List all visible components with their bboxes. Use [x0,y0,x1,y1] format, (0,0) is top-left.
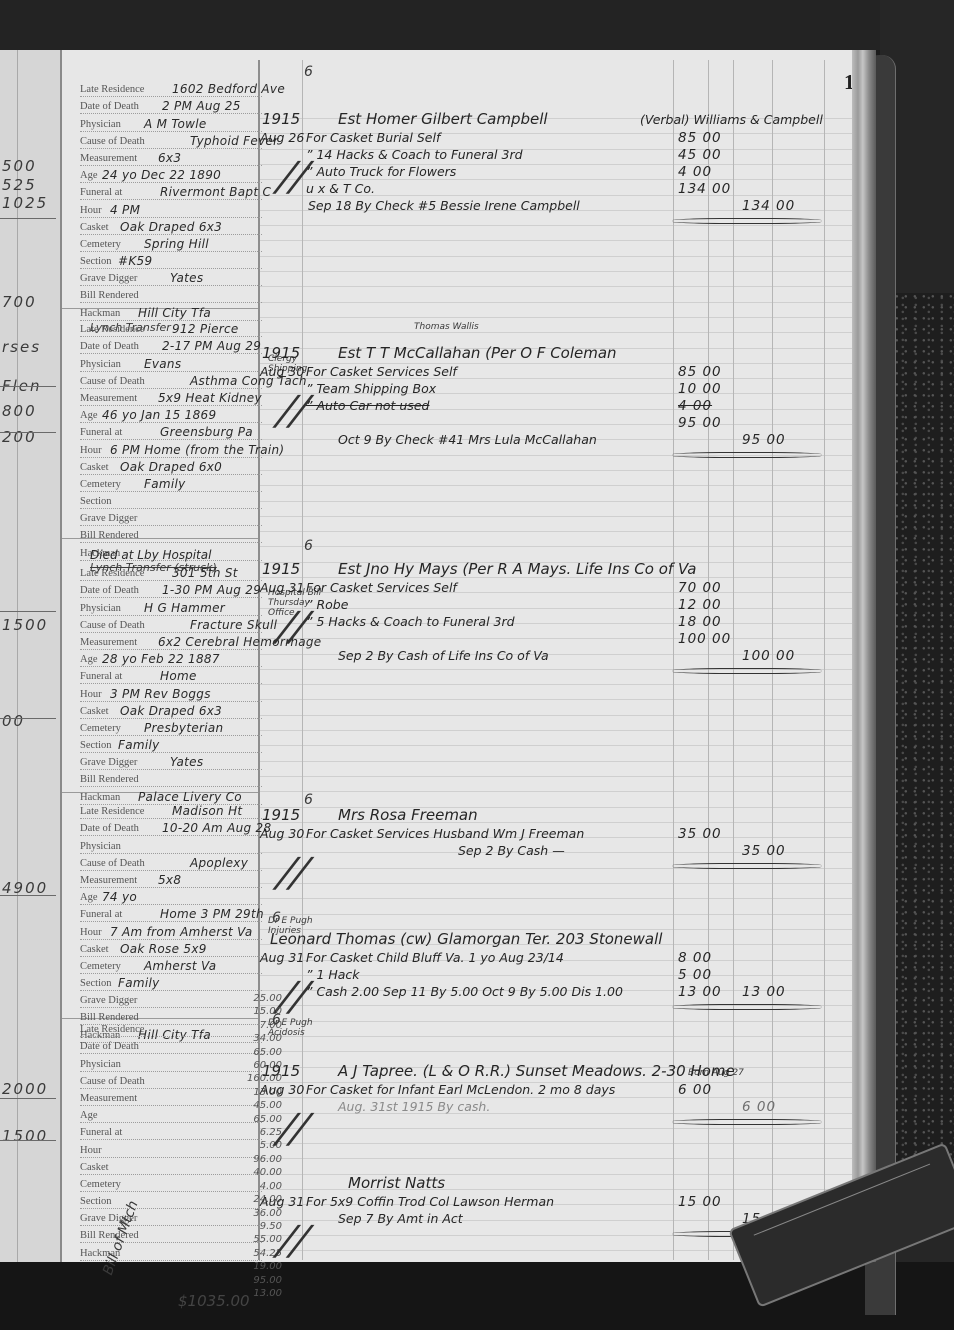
ledger-rule-line [258,776,852,777]
field-value: Presbyterian [144,721,223,735]
ledger-rule-line [258,225,852,226]
record-field-funeral-at: Funeral atHome [80,667,262,684]
line-description: Sep 7 By Amt in Act [338,1211,463,1226]
double-underline [672,1004,822,1010]
field-value: Evans [144,357,181,371]
record-field-casket: CasketOak Rose 5x9 [80,940,262,957]
credit-amount: 13 00 [742,984,786,1000]
ledger-rule-line [258,1143,852,1144]
field-label: Measurement [80,393,137,404]
field-label: Date of Death [80,341,139,352]
field-value: Yates [170,271,203,285]
line-date: Aug 26 [260,130,304,145]
record-field-section: Section#K59 [80,252,262,269]
ledger-rule-line [258,791,852,792]
record-field-measurement: Measurement5x9 Heat Kidney [80,389,262,406]
debit-amount: 134 00 [678,181,731,197]
field-value: 912 Pierce [172,322,239,336]
field-label: Bill Rendered [80,530,139,541]
field-label: Bill Rendered [80,774,139,785]
field-label: Hour [80,205,102,216]
left-page-amount: 700 [2,293,37,311]
line-date: Aug 31 [260,1194,304,1209]
field-label: Measurement [80,875,137,886]
field-label: Cemetery [80,1179,121,1190]
field-label: Bill Rendered [80,290,139,301]
debit-amount: 8 00 [678,950,712,966]
field-value: Family [144,477,186,491]
ledger-rule-line [258,256,852,257]
line-description: For Casket Child Bluff Va. 1 yo Aug 23/1… [306,950,564,965]
field-value: A M Towle [144,117,207,131]
line-description: Aug. 31st 1915 By cash. [338,1099,490,1114]
margin-note: Dr E Pugh Acidosis [268,1018,328,1038]
field-label: Funeral at [80,671,122,682]
ledger-rule-line [258,883,852,884]
field-value: Oak Draped 6x0 [120,460,222,474]
ledger-rule-line [258,501,852,502]
field-label: Measurement [80,1093,137,1104]
field-label: Section [80,740,112,751]
record-field-casket: CasketOak Draped 6x0 [80,458,262,475]
field-value: 1-30 PM Aug 29 [162,583,261,597]
record-field-funeral-at: Funeral atGreensburg Pa [80,423,262,440]
ledger-rule-line [258,332,852,333]
field-label: Late Residence [80,1024,144,1035]
left-page-amount: 500 [2,157,37,175]
record-field-funeral-at: Funeral atRivermont Bapt C [80,183,262,200]
left-page-rule-line [0,386,56,387]
entry-title: Est T T McCallahan (Per O F Coleman [338,344,617,362]
left-page-rule-line [0,718,56,719]
line-description: ” Auto Truck for Flowers [306,164,456,179]
field-value: 10-20 Am Aug 28 [162,821,271,835]
line-date: Aug 30 [260,1082,304,1097]
field-label: Casket [80,1162,109,1173]
line-date: Aug 31 [260,950,304,965]
ledger-rule-line [258,516,852,517]
field-value: Hill City Tfa [138,306,211,320]
ledger-rule-line [258,1021,852,1022]
folio-mark: 6 [304,792,313,808]
line-description: ” Auto Car not used [306,398,429,413]
record-field-late-residence: Late Residence912 Pierce [80,320,262,337]
record-field-bill-rendered: Bill Rendered [80,526,262,543]
record-field-date-of-death: Date of Death2 PM Aug 25 [80,97,262,114]
debit-amount: 13 00 [678,984,722,1000]
record-field-grave-digger: Grave Digger [80,509,262,526]
field-label: Date of Death [80,101,139,112]
debit-amount: 35 00 [678,826,722,842]
debit-amount: 6 00 [678,1082,712,1098]
field-label: Funeral at [80,427,122,438]
field-label: Cause of Death [80,620,145,631]
double-underline [672,452,822,458]
left-page-rule-line [0,1098,56,1099]
debit-amount: 10 00 [678,381,722,397]
left-facing-page: 5005251025700Flen80020015000049002000150… [0,50,62,1262]
record-field-age: Age28 yo Feb 22 1887 [80,650,262,667]
field-label: Grave Digger [80,995,137,1006]
field-label: Funeral at [80,1127,122,1138]
record-field-section: Section [80,492,262,509]
left-page-rule-line [0,432,56,433]
field-label: Date of Death [80,1041,139,1052]
ledger-rule-line [258,240,852,241]
ledger-column-line [673,60,674,1260]
field-value: Apoplexy [190,856,248,870]
record-info-block: Died at Lby HospitalLate Residence301 5t… [80,548,262,805]
record-field-measurement: Measurement6x2 Cerebral Hemorrhage [80,633,262,650]
credit-amount: 95 00 [742,432,786,448]
ledger-rule-line [258,745,852,746]
left-page-amount: 525 [2,176,37,194]
field-value: 2 PM Aug 25 [162,99,241,113]
double-underline [672,1119,822,1125]
field-value: 1602 Bedford Ave [172,82,285,96]
left-page-rule-line [0,1140,56,1141]
line-date: Aug 30 [260,364,304,379]
record-field-date-of-death: Date of Death1-30 PM Aug 29 [80,581,262,598]
record-field-grave-digger: Grave DiggerYates [80,753,262,770]
field-value: Family [118,738,160,752]
entry-year: 1915 [262,344,300,362]
field-value: Home 3 PM 29th [160,907,264,921]
ledger-rule-line [258,730,852,731]
field-label: Section [80,978,112,989]
left-page-amount: 1500 [2,1127,48,1145]
field-label: Physician [80,119,121,130]
entry-year: 1915 [262,1062,300,1080]
field-value: H G Hammer [144,601,225,615]
record-field-cemetery: CemeteryFamily [80,475,262,492]
line-description: For Casket for Infant Earl McLendon. 2 m… [306,1082,615,1097]
line-date: Aug 30 [260,826,304,841]
field-label: Section [80,1196,112,1207]
field-value: Oak Draped 6x3 [120,220,222,234]
line-description: ” 14 Hacks & Coach to Funeral 3rd [306,147,523,162]
ledger-rule-line [258,271,852,272]
record-field-physician: PhysicianH G Hammer [80,598,262,615]
tally-total: $1035.00 [178,1292,250,1310]
record-field-casket: CasketOak Draped 6x3 [80,218,262,235]
field-label: Age [80,1110,98,1121]
line-description: Oct 9 By Check #41 Mrs Lula McCallahan [338,432,597,447]
debit-amount: 15 00 [678,1194,722,1210]
field-label: Physician [80,359,121,370]
field-label: Hour [80,927,102,938]
left-page-amount: 800 [2,402,37,420]
debit-amount: 70 00 [678,580,722,596]
entry-year: 1915 [262,560,300,578]
debit-amount: 45 00 [678,147,722,163]
double-underline [672,863,822,869]
field-label: Late Residence [80,806,144,817]
record-field-physician: Physician [80,836,262,853]
field-value: 301 5th St [172,566,238,580]
ledger-column-line [824,60,825,1260]
field-label: Late Residence [80,324,144,335]
record-field-hour: Hour3 PM Rev Boggs [80,684,262,701]
entry-title: A J Tapree. (L & O R.R.) Sunset Meadows.… [338,1062,735,1080]
left-page-rule-line [0,218,56,219]
field-label: Cemetery [80,723,121,734]
record-field-late-residence: Late Residence1602 Bedford Ave [80,80,262,97]
field-value: 28 yo Feb 22 1887 [102,652,220,666]
left-page-word: rses [2,338,41,356]
line-description: For Casket Burial Self [306,130,440,145]
ledger-column-line [302,60,303,1260]
field-label: Casket [80,706,109,717]
record-field-cemetery: CemeterySpring Hill [80,235,262,252]
ledger-rule-line [258,1051,852,1052]
line-description: Sep 2 By Cash — [458,843,565,858]
field-value: 4 PM [110,203,140,217]
record-field-age: Age24 yo Dec 22 1890 [80,166,262,183]
record-field-cemetery: CemeteryAmherst Va [80,957,262,974]
field-label: Hour [80,1145,102,1156]
field-value: 74 yo [102,890,137,904]
field-value: 2-17 PM Aug 29 [162,339,261,353]
field-label: Cemetery [80,479,121,490]
field-value: Fracture Skull [190,618,277,632]
line-description: Sep 18 By Check #5 Bessie Irene Campbell [308,198,580,213]
field-label: Physician [80,841,121,852]
debit-amount: 85 00 [678,130,722,146]
line-description: ” Team Shipping Box [306,381,436,396]
field-value: Family [118,976,160,990]
record-field-hour: Hour6 PM Home (from the Train) [80,440,262,457]
record-field-measurement: Measurement5x8 [80,871,262,888]
record-field-cause-of-death: Cause of DeathAsthma Cong Tach [80,372,262,389]
field-label: Cemetery [80,239,121,250]
record-field-bill-rendered: Bill Rendered [80,286,262,303]
field-label: Casket [80,462,109,473]
ledger-rule-line [258,424,852,425]
field-value: 24 yo Dec 22 1890 [102,168,221,182]
field-value: Yates [170,755,203,769]
field-label: Measurement [80,637,137,648]
record-field-date-of-death: Date of Death2-17 PM Aug 29 [80,337,262,354]
field-value: Oak Draped 6x3 [120,704,222,718]
debit-amount: 12 00 [678,597,722,613]
field-label: Section [80,496,112,507]
line-description: For Casket Services Husband Wm J Freeman [306,826,584,841]
left-page-rule-line [0,611,56,612]
folio-mark: 6 [304,538,313,554]
credit-amount: 35 00 [742,843,786,859]
field-label: Cause of Death [80,858,145,869]
entry-title-extra: (Verbal) Williams & Campbell [640,112,823,127]
double-underline [672,668,822,674]
title-superscript: Thomas Wallis [414,322,479,332]
record-field-measurement: Measurement6x3 [80,149,262,166]
ledger-rule-line [258,1128,852,1129]
credit-amount: 134 00 [742,198,795,214]
ledger-rule-line [258,470,852,471]
record-field-cause-of-death: Cause of DeathTyphoid Fever [80,132,262,149]
field-label: Cause of Death [80,376,145,387]
record-field-physician: PhysicianA M Towle [80,114,262,131]
field-value: 46 yo Jan 15 1869 [102,408,216,422]
record-field-funeral-at: Funeral atHome 3 PM 29th [80,905,262,922]
field-value: Madison Ht [172,804,242,818]
ledger-rule-line [258,546,852,547]
left-page-amount: 200 [2,428,37,446]
field-label: Age [80,410,98,421]
ledger-rule-line [258,914,852,915]
credit-amount: 6 00 [742,1099,776,1115]
line-description: ” Cash 2.00 Sep 11 By 5.00 Oct 9 By 5.00… [306,984,623,999]
field-label: Funeral at [80,909,122,920]
record-field-date-of-death: Date of Death10-20 Am Aug 28 [80,819,262,836]
ledger-column-line [733,60,734,1260]
field-label: Age [80,170,98,181]
record-field-age: Age74 yo [80,888,262,905]
line-description: Sep 2 By Cash of Life Ins Co of Va [338,648,549,663]
debit-amount: 95 00 [678,415,722,431]
record-field-grave-digger: Grave DiggerYates [80,269,262,286]
field-label: Section [80,256,112,267]
field-value: 7 Am from Amherst Va [110,925,253,939]
line-description: u x & T Co. [306,181,375,196]
field-label: Hour [80,689,102,700]
record-pre-note: Died at Lby Hospital [80,548,262,564]
line-description: For Casket Services Self [306,580,457,595]
debit-amount: 4 00 [678,164,712,180]
ledger-rule-line [258,684,852,685]
ledger-page: 187 Late Residence1602 Bedford AveDate o… [62,50,852,1262]
field-value: #K59 [118,254,152,268]
record-field-casket: CasketOak Draped 6x3 [80,702,262,719]
record-field-hour: Hour7 Am from Amherst Va [80,922,262,939]
field-label: Date of Death [80,823,139,834]
ledger-rule-line [258,317,852,318]
ledger-rule-line [258,715,852,716]
debit-amount: 85 00 [678,364,722,380]
record-field-section: SectionFamily [80,736,262,753]
ledger-rule-line [258,485,852,486]
field-value: Rivermont Bapt C [160,185,271,199]
left-page-amount: 1025 [2,194,48,212]
entry-year: 1915 [262,110,300,128]
double-underline [672,218,822,224]
record-field-late-residence: Late ResidenceMadison Ht [80,802,262,819]
field-value: 5x9 Heat Kidney [158,391,262,405]
field-label: Hour [80,445,102,456]
left-page-amount: 1500 [2,616,48,634]
field-label: Late Residence [80,568,144,579]
record-field-section: SectionFamily [80,974,262,991]
left-page-amount: 00 [2,712,25,730]
field-value: 3 PM Rev Boggs [110,687,211,701]
field-label: Grave Digger [80,273,137,284]
debit-amount: 100 00 [678,631,731,647]
line-description: For Casket Services Self [306,364,457,379]
ledger-rule-line [258,638,852,639]
left-page-rule-line [0,895,56,896]
debit-amount: 4 00 [678,398,712,414]
line-description: ” 5 Hacks & Coach to Funeral 3rd [306,614,515,629]
scan-background-top [0,0,954,50]
page-stack-edge [852,50,876,1262]
field-label: Casket [80,222,109,233]
record-info-block: Late ResidenceDate of DeathPhysicianCaus… [80,1020,262,1261]
field-label: Casket [80,944,109,955]
field-label: Cemetery [80,961,121,972]
debit-amount: 18 00 [678,614,722,630]
record-field-hackman: HackmanHill City Tfa [80,303,262,320]
record-field-physician: PhysicianEvans [80,354,262,371]
field-value: 5x8 [158,873,181,887]
ledger-rule-line [258,1036,852,1037]
field-label: Hackman [80,308,120,319]
record-field-cause-of-death: Cause of DeathFracture Skull [80,616,262,633]
line-date: Aug 31 [260,580,304,595]
field-value: Oak Rose 5x9 [120,942,207,956]
entry-title: Mrs Rosa Freeman [338,806,478,824]
entry-title: Est Homer Gilbert Campbell [338,110,548,128]
record-field-bill-rendered: Bill Rendered [80,770,262,787]
field-label: Measurement [80,153,137,164]
record-info-block: Late Residence912 PierceDate of Death2-1… [80,320,262,574]
field-value: 6x3 [158,151,181,165]
field-label: Age [80,892,98,903]
record-field-age: Age46 yo Jan 15 1869 [80,406,262,423]
record-field-cause-of-death: Cause of DeathApoplexy [80,854,262,871]
record-field-hour: Hour4 PM [80,200,262,217]
field-label: Physician [80,603,121,614]
field-label: Funeral at [80,187,122,198]
field-label: Late Residence [80,84,144,95]
field-label: Date of Death [80,585,139,596]
record-field-late-residence: Late Residence301 5th St [80,564,262,581]
entry-year: 1915 [262,806,300,824]
line-description: For 5x9 Coffin Trod Col Lawson Herman [306,1194,554,1209]
field-label: Grave Digger [80,757,137,768]
ledger-rule-line [258,761,852,762]
left-page-amount: 2000 [2,1080,48,1098]
field-value: Home [160,669,197,683]
field-value: Greensburg Pa [160,425,253,439]
field-label: Physician [80,1059,121,1070]
ledger-rule-line [258,898,852,899]
ledger-rule-line [258,699,852,700]
field-value: Spring Hill [144,237,209,251]
field-label: Age [80,654,98,665]
field-label: Grave Digger [80,513,137,524]
entry-title: Morrist Natts [348,1174,445,1192]
posted-check-mark: // [269,850,317,896]
field-label: Hackman [80,792,120,803]
ledger-column-line [708,60,709,1260]
field-value: 6 PM Home (from the Train) [110,443,284,457]
ledger-rule-line [258,302,852,303]
record-field-cemetery: CemeteryPresbyterian [80,719,262,736]
debit-amount: 5 00 [678,967,712,983]
entry-title: Est Jno Hy Mays (Per R A Mays. Life Ins … [338,560,696,578]
field-value: Amherst Va [144,959,216,973]
record-info-block: Late Residence1602 Bedford AveDate of De… [80,80,262,334]
ledger-rule-line [258,286,852,287]
entry-title: Leonard Thomas (cw) Glamorgan Ter. 203 S… [270,930,662,948]
credit-amount: 100 00 [742,648,795,664]
scan-background-texture [895,293,954,1213]
folio-mark: 6 [304,64,313,80]
field-label: Cause of Death [80,136,145,147]
field-label: Cause of Death [80,1076,145,1087]
ledger-rule-line [258,531,852,532]
